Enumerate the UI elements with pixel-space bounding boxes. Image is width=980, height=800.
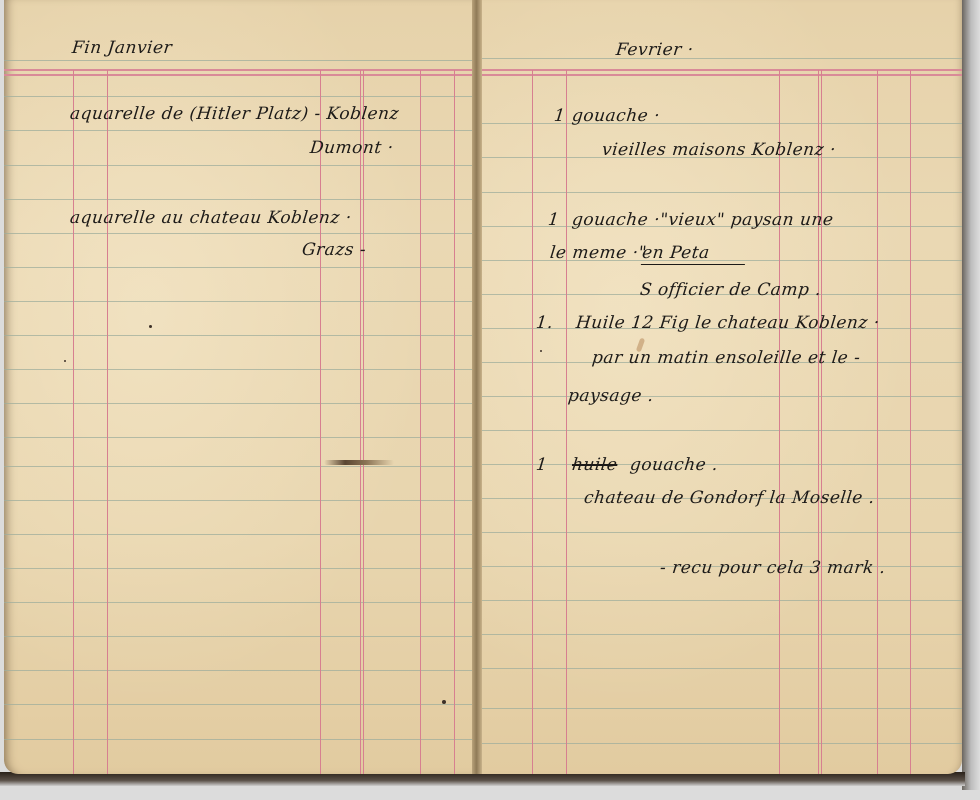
entry-4-struck-word: huile <box>571 455 618 475</box>
entry-2-line-2b-underlined: en Peta <box>641 243 747 265</box>
entry-2-quantity: 1 <box>547 210 560 230</box>
header-red-rule <box>480 69 962 71</box>
column-rule <box>910 70 911 774</box>
scan-background-right <box>962 0 980 790</box>
column-rule <box>420 70 421 774</box>
column-rule <box>532 70 533 774</box>
left-entry-1-line-2: Dumont · <box>309 138 395 158</box>
header-red-rule <box>480 74 962 76</box>
column-rule <box>821 70 822 774</box>
ruled-line <box>480 192 962 193</box>
left-entry-1-line-1: aquarelle de (Hitler Platz) - Koblenz <box>69 104 400 124</box>
ruled-line <box>480 668 962 669</box>
ruled-line <box>4 403 478 404</box>
column-rule <box>73 70 74 774</box>
payment-note: - recu pour cela 3 mark . <box>659 558 887 578</box>
left-entry-2-line-1: aquarelle au chateau Koblenz · <box>69 208 353 228</box>
entry-4-line-2: chateau de Gondorf la Moselle . <box>583 488 876 508</box>
entry-2-line-3: S officier de Camp . <box>639 280 822 300</box>
left-page-heading: Fin Janvier <box>71 38 173 58</box>
ruled-line <box>480 430 962 431</box>
paper-speck <box>64 360 66 362</box>
column-rule <box>320 70 321 774</box>
ruled-line <box>4 199 478 200</box>
ruled-line <box>480 396 962 397</box>
ruled-line <box>4 466 478 467</box>
entry-4-quantity: 1 <box>535 455 548 475</box>
ruled-line <box>4 267 478 268</box>
entry-4-line-1: gouache . <box>629 455 719 475</box>
ruled-line <box>480 58 962 59</box>
ruled-line <box>4 602 478 603</box>
entry-2-line-2a: le meme ·" <box>549 243 648 263</box>
book-gutter <box>472 0 482 774</box>
entry-1-quantity: 1 <box>553 106 566 126</box>
left-page: Fin Janvier aquarelle de (Hitler Platz) … <box>4 0 478 774</box>
column-rule <box>877 70 878 774</box>
header-red-rule <box>4 69 478 71</box>
ruled-line <box>480 464 962 465</box>
ruled-line <box>480 600 962 601</box>
ruled-line <box>480 532 962 533</box>
left-entry-2-line-2: Grazs - <box>301 240 367 260</box>
ruled-line <box>4 739 478 740</box>
ruled-line <box>480 743 962 744</box>
column-rule <box>818 70 819 774</box>
ruled-line <box>4 369 478 370</box>
ruled-line <box>4 335 478 336</box>
column-rule <box>566 70 567 774</box>
book-bottom-edge-shadow <box>0 772 965 786</box>
ruled-line <box>4 670 478 671</box>
right-page: Fevrier · 1 gouache · vieilles maisons K… <box>480 0 962 774</box>
paper-speck <box>540 350 542 352</box>
ruled-line <box>480 634 962 635</box>
ruled-line <box>4 96 478 97</box>
ruled-line <box>4 301 478 302</box>
paper-speck <box>442 700 446 704</box>
ruled-line <box>4 130 478 131</box>
ruled-line <box>4 704 478 705</box>
ruled-line <box>4 568 478 569</box>
ruled-line <box>4 165 478 166</box>
entry-3-line-3: paysage . <box>567 386 655 406</box>
ruled-line <box>4 437 478 438</box>
ruled-line <box>4 636 478 637</box>
entry-1-line-2: vieilles maisons Koblenz · <box>601 140 837 160</box>
ruled-line <box>4 233 478 234</box>
column-rule <box>363 70 364 774</box>
entry-1-line-1: gouache · <box>571 106 661 126</box>
ruled-line <box>4 534 478 535</box>
paper-smudge <box>324 460 394 465</box>
ruled-line <box>4 500 478 501</box>
column-rule <box>107 70 108 774</box>
entry-3-line-2: par un matin ensoleille et le - <box>591 348 862 368</box>
ruled-line <box>480 708 962 709</box>
entry-3-line-1: Huile 12 Fig le chateau Koblenz · <box>575 313 881 333</box>
entry-3-quantity: 1. <box>535 313 554 333</box>
entry-2-line-1: gouache ·"vieux" paysan une <box>571 210 835 230</box>
column-rule <box>779 70 780 774</box>
ruled-line <box>4 60 478 61</box>
paper-speck <box>149 325 152 328</box>
right-page-heading: Fevrier · <box>615 40 695 60</box>
header-red-rule <box>4 74 478 76</box>
column-rule <box>454 70 455 774</box>
column-rule <box>360 70 361 774</box>
